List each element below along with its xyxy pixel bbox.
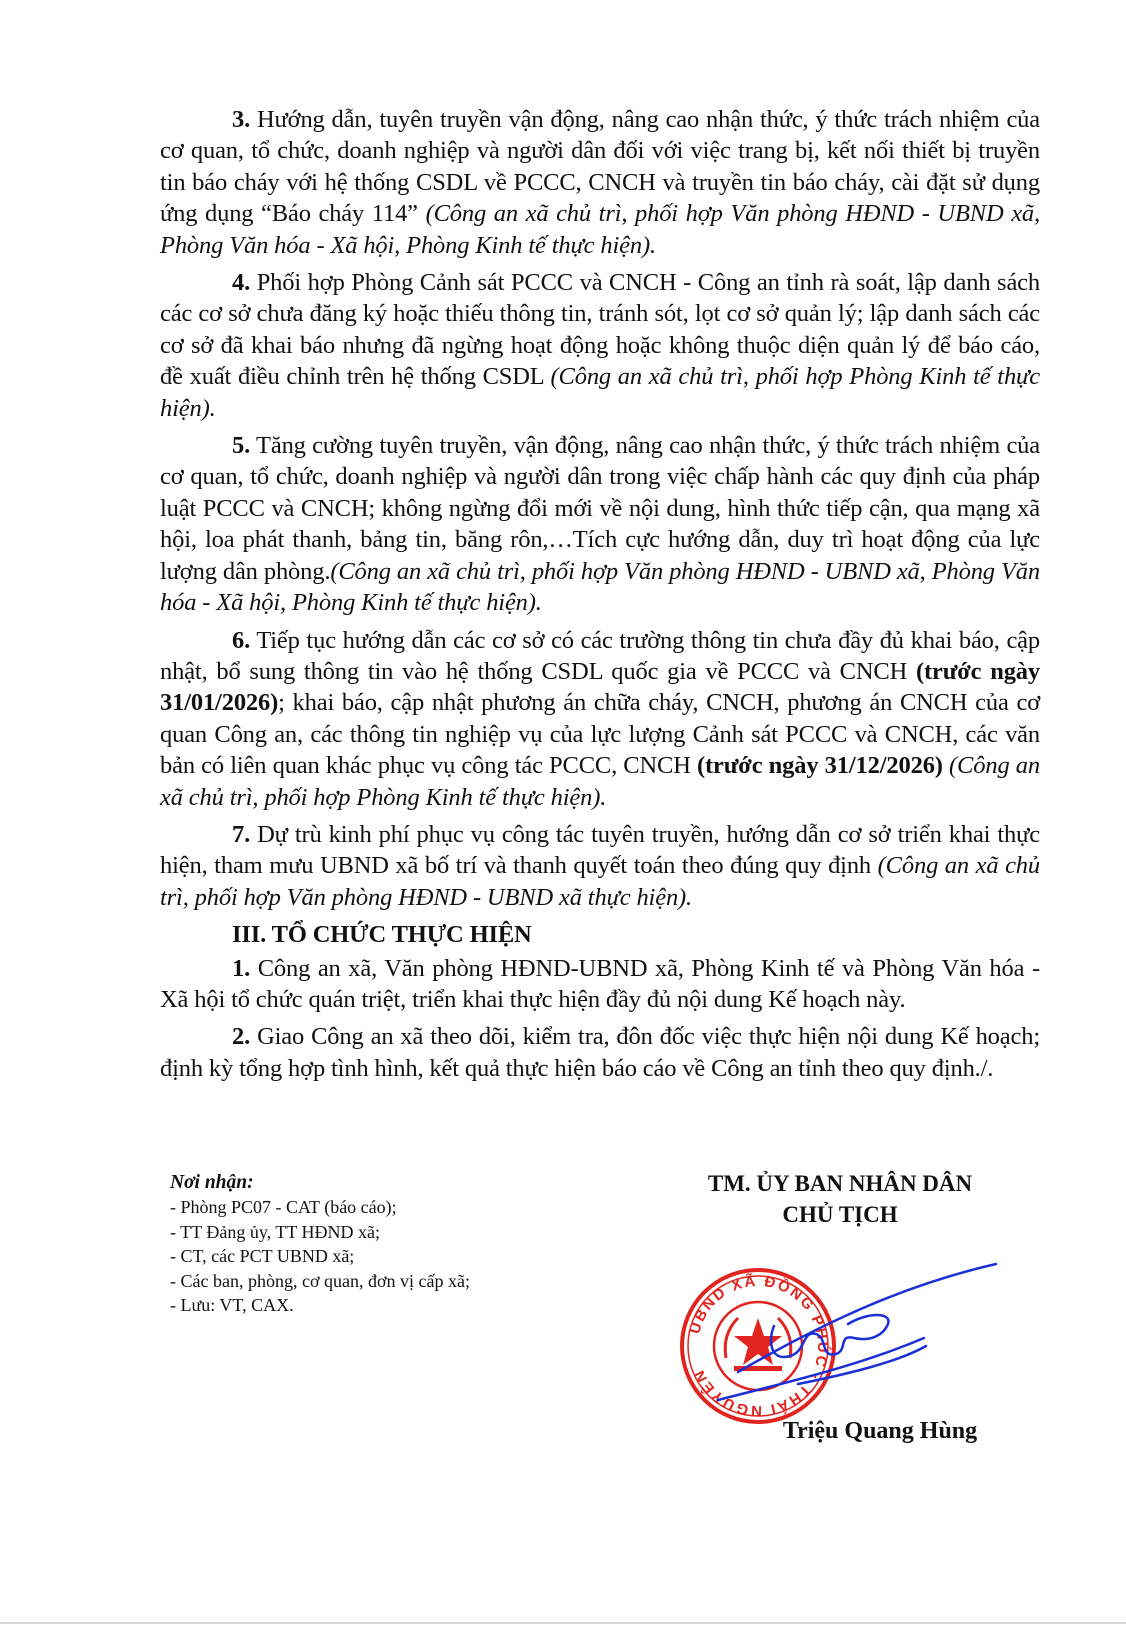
paragraph-number: 7.: [232, 821, 250, 848]
section-paragraph-2: 2. Giao Công an xã theo dõi, kiểm tra, đ…: [160, 1021, 1040, 1084]
signer-name: Triệu Quang Hùng: [655, 1418, 1105, 1445]
deadline-text: (trước ngày 31/12/2026): [697, 752, 943, 779]
paragraph-number: 3.: [232, 106, 250, 133]
paragraph-text: Giao Công an xã theo dõi, kiểm tra, đôn …: [160, 1023, 1040, 1081]
recipient-item: - Phòng PC07 - CAT (báo cáo);: [170, 1195, 610, 1220]
paragraph-number: 1.: [232, 955, 250, 982]
page-bottom-divider: [0, 1622, 1126, 1624]
official-stamp-icon: UBND XÃ ĐỒNG PHÚC · THÁI NGUYÊN: [678, 1262, 1008, 1432]
signature-org: TM. ỦY BAN NHÂN DÂN: [655, 1168, 1025, 1200]
section-heading: III. TỔ CHỨC THỰC HIỆN: [160, 919, 1040, 950]
paragraph-number: 6.: [232, 627, 250, 654]
stamp-and-signature: UBND XÃ ĐỒNG PHÚC · THÁI NGUYÊN: [678, 1262, 1008, 1432]
paragraph-number: 5.: [232, 432, 250, 459]
paragraph-item-7: 7. Dự trù kinh phí phục vụ công tác tuyê…: [160, 819, 1040, 913]
signature-role: CHỦ TỊCH: [655, 1200, 1025, 1230]
recipient-item: - Các ban, phòng, cơ quan, đơn vị cấp xã…: [170, 1269, 610, 1294]
paragraph-item-3: 3. Hướng dẫn, tuyên truyền vận động, nân…: [160, 104, 1040, 261]
paragraph-item-4: 4. Phối hợp Phòng Cảnh sát PCCC và CNCH …: [160, 267, 1040, 424]
signature-block: TM. ỦY BAN NHÂN DÂN CHỦ TỊCH: [655, 1168, 1025, 1230]
paragraph-number: 2.: [232, 1023, 250, 1050]
recipients-block: Nơi nhận: - Phòng PC07 - CAT (báo cáo); …: [170, 1171, 610, 1318]
recipient-item: - CT, các PCT UBND xã;: [170, 1244, 610, 1269]
document-page: 3. Hướng dẫn, tuyên truyền vận động, nân…: [0, 0, 1126, 1630]
recipients-title: Nơi nhận:: [170, 1171, 610, 1195]
recipient-item: - TT Đảng ủy, TT HĐND xã;: [170, 1220, 610, 1245]
section-paragraph-1: 1. Công an xã, Văn phòng HĐND-UBND xã, P…: [160, 953, 1040, 1016]
paragraph-number: 4.: [232, 269, 250, 296]
recipient-item: - Lưu: VT, CAX.: [170, 1293, 610, 1318]
paragraph-text: Tiếp tục hướng dẫn các cơ sở có các trườ…: [160, 627, 1040, 685]
paragraph-text: Công an xã, Văn phòng HĐND-UBND xã, Phòn…: [160, 955, 1040, 1013]
paragraph-item-6: 6. Tiếp tục hướng dẫn các cơ sở có các t…: [160, 625, 1040, 813]
document-body: 3. Hướng dẫn, tuyên truyền vận động, nân…: [160, 104, 1040, 1090]
paragraph-item-5: 5. Tăng cường tuyên truyền, vận động, nâ…: [160, 430, 1040, 618]
